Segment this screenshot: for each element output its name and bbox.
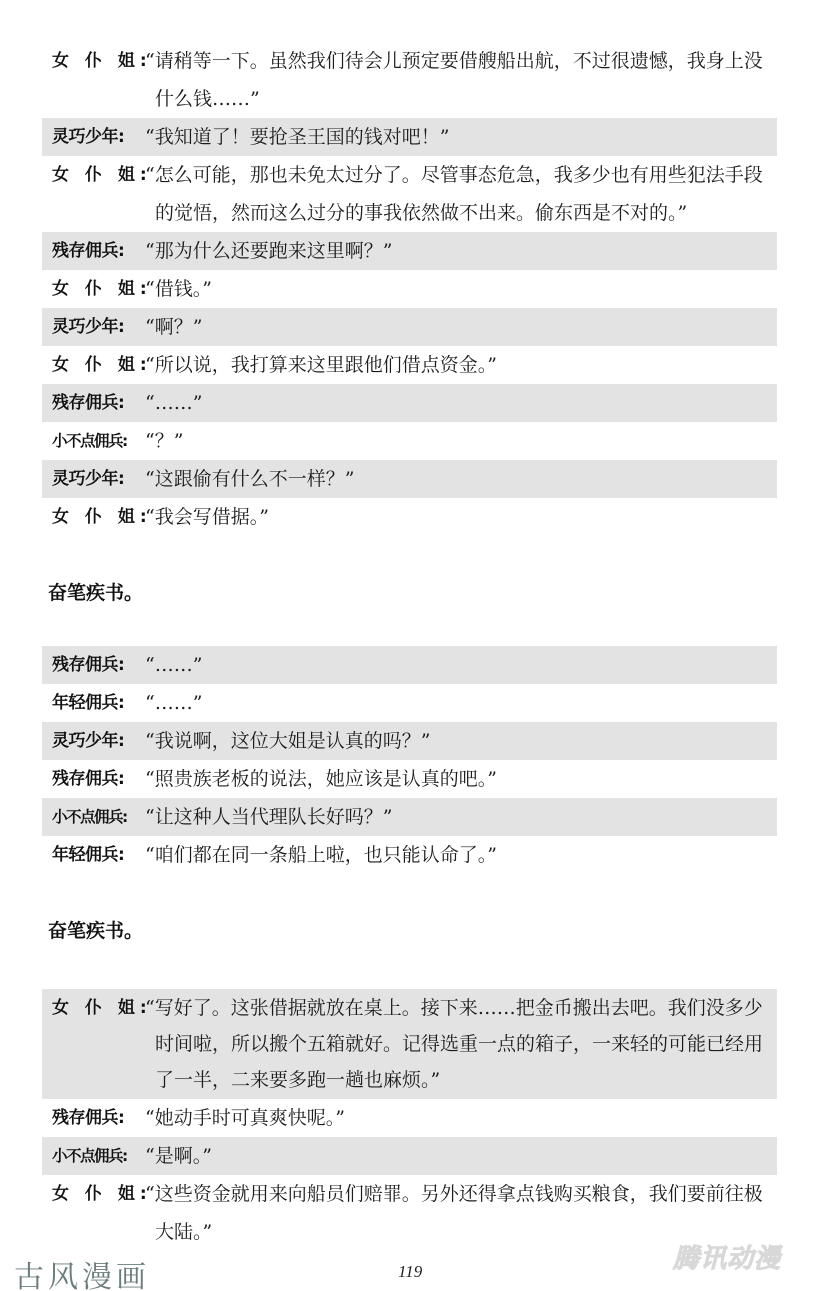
dialogue-row: 小不点佣兵: “？” <box>42 422 777 460</box>
dialogue-text: “是啊。” <box>145 1137 777 1175</box>
speaker-label: 残存佣兵: <box>52 232 145 270</box>
dialogue-row: 女 仆 姐: “写好了。这张借据就放在桌上。接下来……把金币搬出去吧。我们没多少… <box>42 989 777 1099</box>
dialogue-row: 女 仆 姐: “借钱。” <box>42 270 777 308</box>
dialogue-row: 残存佣兵: “……” <box>42 646 777 684</box>
dialogue-section-1: 女 仆 姐: “请稍等一下。虽然我们待会儿预定要借艘船出航，不过很遗憾，我身上没… <box>42 42 777 536</box>
dialogue-text: “那为什么还要跑来这里啊？” <box>145 232 777 270</box>
speaker-label: 灵巧少年: <box>52 308 145 346</box>
dialogue-text: “怎么可能，那也未免太过分了。尽管事态危急，我多少也有用些犯法手段的觉悟，然而这… <box>145 156 777 232</box>
dialogue-row: 小不点佣兵: “是啊。” <box>42 1137 777 1175</box>
speaker-label: 灵巧少年: <box>52 118 145 156</box>
dialogue-text: “我说啊，这位大姐是认真的吗？” <box>145 722 777 760</box>
speaker-label: 小不点佣兵: <box>52 798 145 836</box>
dialogue-row: 残存佣兵: “照贵族老板的说法，她应该是认真的吧。” <box>42 760 777 798</box>
dialogue-row: 女 仆 姐: “请稍等一下。虽然我们待会儿预定要借艘船出航，不过很遗憾，我身上没… <box>42 42 777 118</box>
speaker-label: 残存佣兵: <box>52 384 145 422</box>
speaker-label: 小不点佣兵: <box>52 1137 145 1175</box>
speaker-label: 女 仆 姐: <box>52 270 145 308</box>
dialogue-row: 女 仆 姐: “这些资金就用来向船员们赔罪。另外还得拿点钱购买粮食，我们要前往极… <box>42 1175 777 1251</box>
narration-text: 奋笔疾书。 <box>48 578 143 605</box>
speaker-label: 残存佣兵: <box>52 646 145 684</box>
dialogue-row: 灵巧少年: “啊？” <box>42 308 777 346</box>
dialogue-row: 灵巧少年: “这跟偷有什么不一样？” <box>42 460 777 498</box>
dialogue-text: “……” <box>145 384 777 422</box>
speaker-label: 小不点佣兵: <box>52 422 145 460</box>
speaker-label: 女 仆 姐: <box>52 1175 145 1213</box>
dialogue-row: 小不点佣兵: “让这种人当代理队长好吗？” <box>42 798 777 836</box>
speaker-label: 年轻佣兵: <box>52 836 145 874</box>
dialogue-row: 灵巧少年: “我说啊，这位大姐是认真的吗？” <box>42 722 777 760</box>
dialogue-text: “写好了。这张借据就放在桌上。接下来……把金币搬出去吧。我们没多少时间啦，所以搬… <box>145 989 777 1098</box>
dialogue-row: 年轻佣兵: “……” <box>42 684 777 722</box>
dialogue-text: “照贵族老板的说法，她应该是认真的吧。” <box>145 760 777 798</box>
dialogue-text: “让这种人当代理队长好吗？” <box>145 798 777 836</box>
dialogue-text: “我会写借据。” <box>145 498 777 536</box>
speaker-label: 女 仆 姐: <box>52 42 145 80</box>
dialogue-text: “……” <box>145 684 777 722</box>
dialogue-text: “我知道了！要抢圣王国的钱对吧！” <box>145 118 777 156</box>
dialogue-text: “她动手时可真爽快呢。” <box>145 1099 777 1137</box>
dialogue-section-2: 残存佣兵: “……” 年轻佣兵: “……” 灵巧少年: “我说啊，这位大姐是认真… <box>42 646 777 874</box>
speaker-label: 年轻佣兵: <box>52 684 145 722</box>
speaker-label: 灵巧少年: <box>52 460 145 498</box>
dialogue-row: 年轻佣兵: “咱们都在同一条船上啦，也只能认命了。” <box>42 836 777 874</box>
dialogue-text: “借钱。” <box>145 270 777 308</box>
dialogue-row: 残存佣兵: “那为什么还要跑来这里啊？” <box>42 232 777 270</box>
publisher-logo: 古风漫画 <box>14 1252 150 1291</box>
speaker-label: 女 仆 姐: <box>52 346 145 384</box>
dialogue-row: 残存佣兵: “……” <box>42 384 777 422</box>
dialogue-text: “这跟偷有什么不一样？” <box>145 460 777 498</box>
narration-text: 奋笔疾书。 <box>48 916 143 943</box>
speaker-label: 残存佣兵: <box>52 760 145 798</box>
speaker-label: 残存佣兵: <box>52 1099 145 1137</box>
dialogue-text: “啊？” <box>145 308 777 346</box>
dialogue-row: 女 仆 姐: “怎么可能，那也未免太过分了。尽管事态危急，我多少也有用些犯法手段… <box>42 156 777 232</box>
watermark-logo: 腾讯动漫 <box>673 1238 781 1275</box>
dialogue-row: 女 仆 姐: “我会写借据。” <box>42 498 777 536</box>
speaker-label: 女 仆 姐: <box>52 989 145 1027</box>
dialogue-text: “咱们都在同一条船上啦，也只能认命了。” <box>145 836 777 874</box>
speaker-label: 女 仆 姐: <box>52 498 145 536</box>
dialogue-row: 女 仆 姐: “所以说，我打算来这里跟他们借点资金。” <box>42 346 777 384</box>
dialogue-row: 灵巧少年: “我知道了！要抢圣王国的钱对吧！” <box>42 118 777 156</box>
dialogue-text: “……” <box>145 646 777 684</box>
dialogue-section-3: 女 仆 姐: “写好了。这张借据就放在桌上。接下来……把金币搬出去吧。我们没多少… <box>42 989 777 1251</box>
speaker-label: 女 仆 姐: <box>52 156 145 194</box>
dialogue-text: “所以说，我打算来这里跟他们借点资金。” <box>145 346 777 384</box>
speaker-label: 灵巧少年: <box>52 722 145 760</box>
dialogue-row: 残存佣兵: “她动手时可真爽快呢。” <box>42 1099 777 1137</box>
dialogue-text: “？” <box>145 422 777 460</box>
dialogue-text: “请稍等一下。虽然我们待会儿预定要借艘船出航，不过很遗憾，我身上没什么钱……” <box>145 42 777 118</box>
book-page: 女 仆 姐: “请稍等一下。虽然我们待会儿预定要借艘船出航，不过很遗憾，我身上没… <box>0 0 820 1291</box>
page-number: 119 <box>398 1262 422 1282</box>
